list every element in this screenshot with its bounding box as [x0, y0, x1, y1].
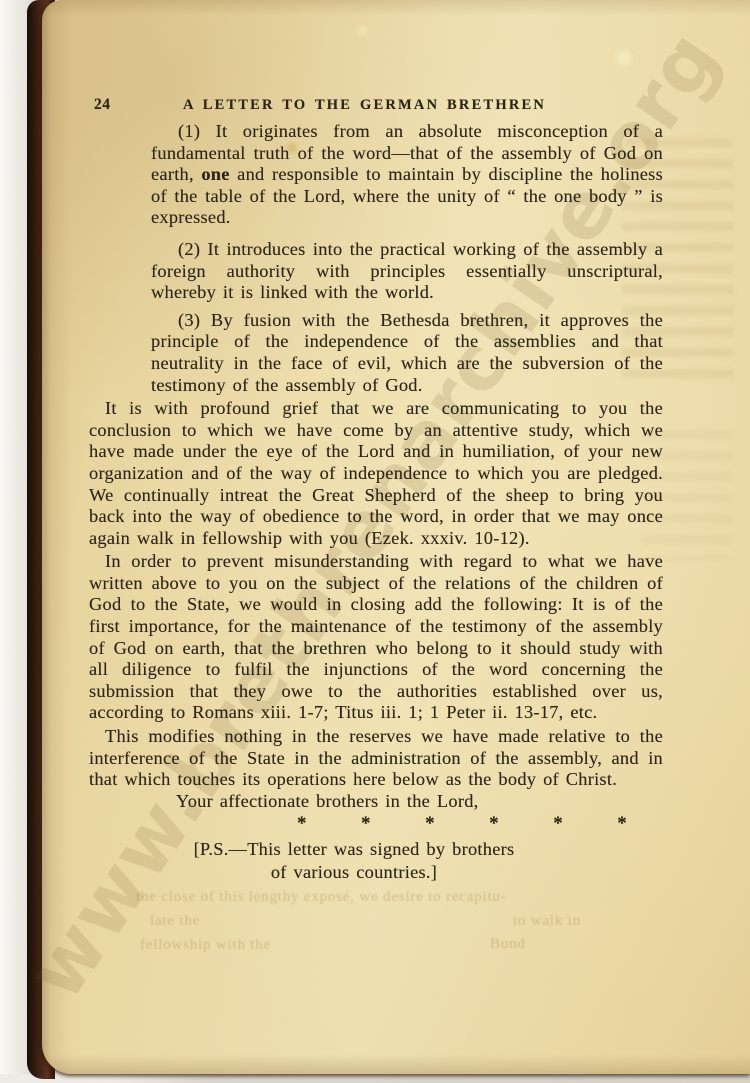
postscript-line: [P.S.—This letter was signed by brothers — [67, 838, 641, 860]
asterisk: * — [297, 816, 307, 832]
asterisk: * — [489, 816, 499, 832]
asterisk: * — [425, 816, 435, 832]
showthrough-text: late the — [150, 913, 200, 930]
asterisk: * — [361, 816, 371, 832]
postscript-line: of various countries.] — [67, 861, 641, 883]
point-1-bold-word: one — [201, 164, 229, 184]
paragraph-point-3: (3) By fusion with the Bethesda brethren… — [151, 310, 663, 396]
closing-signature: Your affectionate brothers in the Lord, — [89, 791, 663, 813]
showthrough-text: to walk in — [513, 913, 581, 930]
paragraph-modifies: This modifies nothing in the reserves we… — [89, 726, 663, 791]
showthrough-text: the close of this lengthy exposé, we des… — [136, 889, 507, 906]
paragraph-misunderstanding: In order to prevent misunderstanding wit… — [89, 551, 663, 724]
running-title: A LETTER TO THE GERMAN BRETHREN — [183, 95, 546, 117]
paragraph-grief: It is with profound grief that we are co… — [89, 398, 663, 549]
paragraph-point-1: (1) It originates from an absolute misco… — [151, 121, 663, 229]
scanner-bed-strip — [0, 1074, 750, 1083]
scanned-book-page: the close of this lengthy exposé, we des… — [0, 0, 750, 1083]
asterisk: * — [553, 816, 563, 832]
letter-text: (1) It originates from an absolute misco… — [89, 0, 663, 883]
showthrough-text: Bund — [490, 936, 526, 953]
showthrough-text: fellowship with the — [140, 937, 271, 954]
asterisk-separator: * * * * * * — [297, 816, 627, 832]
page-content: 24 A LETTER TO THE GERMAN BRETHREN (1) I… — [89, 0, 663, 883]
asterisk: * — [617, 816, 627, 832]
page-number: 24 — [94, 94, 111, 116]
paragraph-point-2: (2) It introduces into the practical wor… — [151, 239, 663, 304]
postscript: [P.S.—This letter was signed by brothers… — [67, 838, 641, 883]
